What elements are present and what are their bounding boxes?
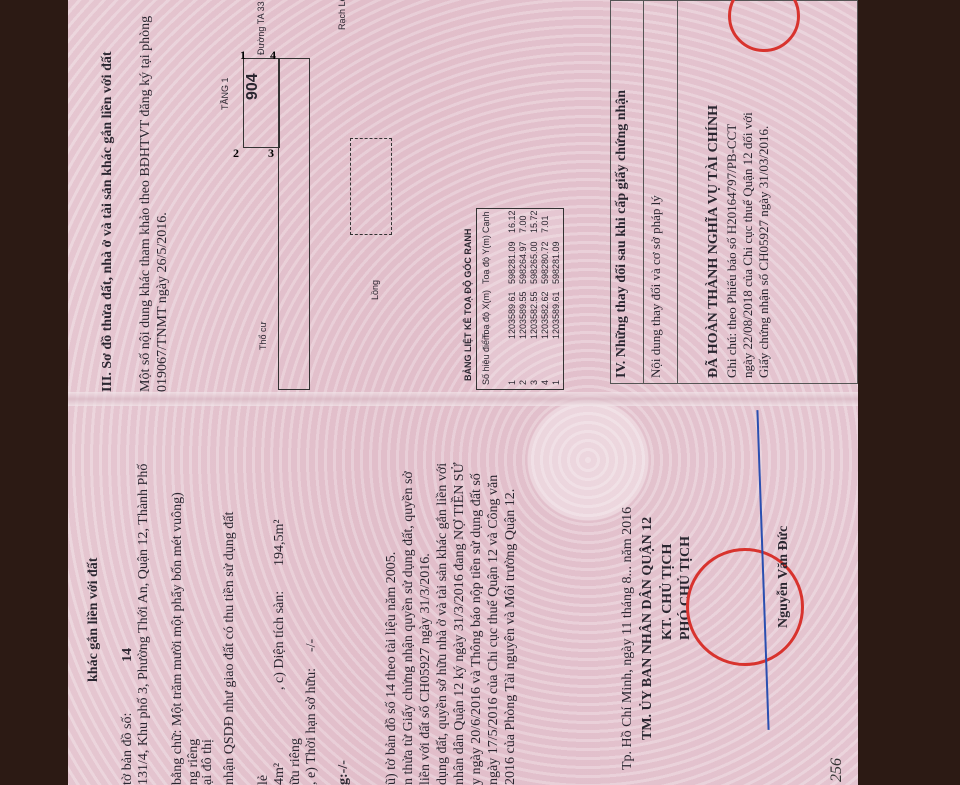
signer-name: Nguyễn Văn Đức <box>776 526 792 628</box>
coord-cell: 1203589.61 <box>551 291 561 339</box>
floor-area-label: , c) Diện tích sàn: <box>272 591 288 690</box>
margin-number: 256 <box>828 758 846 782</box>
note-line: nhân dân Quận 12 ký ngày 31/3/2016 đang … <box>452 463 468 785</box>
parcel-boundary <box>243 58 280 148</box>
coord-cell: 1 <box>507 380 517 385</box>
coord-cell: 16.12 <box>507 210 517 233</box>
label-long: Lồng <box>370 280 380 300</box>
corner-3: 3 <box>268 146 274 161</box>
page-fold <box>68 392 858 406</box>
area-in-words: bằng chữ: Một trăm mười một phẩy bốn mét… <box>170 492 186 785</box>
col-point: Số hiệu điểm <box>481 332 491 385</box>
role-1: KT. CHỦ TỊCH <box>660 544 676 640</box>
note-line: liền với đất số CH05927 ngày 31/3/2016. <box>418 553 434 785</box>
adjacent-plot <box>278 58 310 390</box>
line-rieng2: ữu riêng <box>288 738 304 785</box>
corner-1: 1 <box>240 48 246 63</box>
floor-label: TẦNG 1 <box>220 77 230 110</box>
coord-table-title: BẢNG LIỆT KÊ TOẠ ĐỘ GÓC RANH <box>463 229 473 381</box>
coord-cell: 1203589.55 <box>518 291 528 339</box>
line-dothi: ại đô thị <box>200 739 216 785</box>
col-x: Toạ độ X(m) <box>481 290 491 339</box>
finance-stamp-title: ĐÃ HOÀN THÀNH NGHĨA VỤ TÀI CHÍNH <box>706 105 722 378</box>
coord-cell: 1 <box>551 380 561 385</box>
note-line: y ngày 20/6/2016 và Thông báo nộp tiền s… <box>469 473 485 785</box>
note-line: ngày 17/5/2016 của Chi cục thuế Quận 12 … <box>486 475 502 785</box>
coord-cell: 598281.09 <box>551 241 561 284</box>
section3-note-1: Một số nội dung khác tham khảo theo BĐHT… <box>138 16 154 392</box>
coord-cell: 598280.72 <box>540 241 550 284</box>
line-g: g:-/- <box>336 760 352 785</box>
coord-cell: 1203589.61 <box>507 291 517 339</box>
note-line: n thửa từ Giấy chứng nhận quyền sử dụng … <box>401 471 417 785</box>
coord-cell: 598264.97 <box>518 241 528 284</box>
note-line: 2016 của Phòng Tài nguyên và Môi trường … <box>503 489 519 785</box>
note-line: dụng đất, quyền sở hữu nhà ở và tài sản … <box>435 463 451 785</box>
coord-cell: 4 <box>540 380 550 385</box>
line-le: lẻ <box>256 775 272 785</box>
finance-note-1: Ghi chú: theo Phiếu báo số H20164797/PB-… <box>724 124 740 378</box>
finance-note-3: Giấy chứng nhận số CH05927 ngày 31/03/20… <box>756 126 772 378</box>
corner-2: 2 <box>233 146 239 161</box>
term-value: -/- <box>304 639 320 652</box>
corner-4: 4 <box>270 48 276 63</box>
finance-note-2: ngày 22/08/2018 của Chi cục thuế Quận 12… <box>740 112 756 378</box>
neighbor-building <box>350 138 392 235</box>
col-edge: Cạnh <box>481 211 491 233</box>
coord-cell: 15.72 <box>529 210 539 233</box>
note-line: ũ) tờ bản đồ số 14 theo tài liệu năm 200… <box>384 552 400 785</box>
map-sheet-label: tờ bản đồ số: <box>120 713 136 785</box>
street-top: Đường TA 33 (nhựa) <box>256 0 266 55</box>
coord-cell: 7.00 <box>518 215 528 233</box>
issuing-org: TM. ỦY BAN NHÂN DÂN QUẬN 12 <box>640 517 656 740</box>
parcel-number: 904 <box>244 73 262 100</box>
line-area: 4m² <box>272 763 288 785</box>
term-label: , e) Thời hạn sở hữu: <box>304 668 320 785</box>
coordinate-table: BẢNG LIỆT KÊ TOẠ ĐỘ GÓC RANH Số hiệu điể… <box>476 208 564 390</box>
map-sheet-no: 14 <box>120 648 136 662</box>
col-y: Toạ độ Y(m) <box>481 235 491 284</box>
floor-area-value: 194,5m² <box>272 519 288 566</box>
address: 131/4, Khu phố 3, Phường Thới An, Quận 1… <box>136 464 152 785</box>
label-thoCu: Thổ cư <box>258 321 268 350</box>
street-side: Rạch Lê Văn Khương <box>337 0 347 30</box>
coord-cell: 1203582.62 <box>540 291 550 339</box>
coord-cell: 598281.09 <box>507 241 517 284</box>
coord-cell: 1203582.55 <box>529 291 539 339</box>
coord-cell: 3 <box>529 380 539 385</box>
section3-title: III. Sơ đồ thửa đất, nhà ở và tài sản kh… <box>100 51 116 392</box>
coord-cell: 2 <box>518 380 528 385</box>
section3-note-2: 019067/TNMT ngày 26/5/2016. <box>155 212 171 392</box>
place-date: Tp. Hồ Chí Minh, ngày 11 tháng 8... năm … <box>620 507 636 770</box>
land-origin: nhận QSDĐ như giao đất có thu tiền sử dụ… <box>222 512 238 785</box>
coord-cell: 7.01 <box>540 215 550 233</box>
section2-heading: khác gắn liền với đất <box>86 558 102 682</box>
section4-column: Nội dung thay đổi và cơ sở pháp lý <box>648 195 664 378</box>
coord-cell: 598265.00 <box>529 241 539 284</box>
section4-title: IV. Những thay đổi sau khi cấp giấy chứn… <box>614 90 630 378</box>
